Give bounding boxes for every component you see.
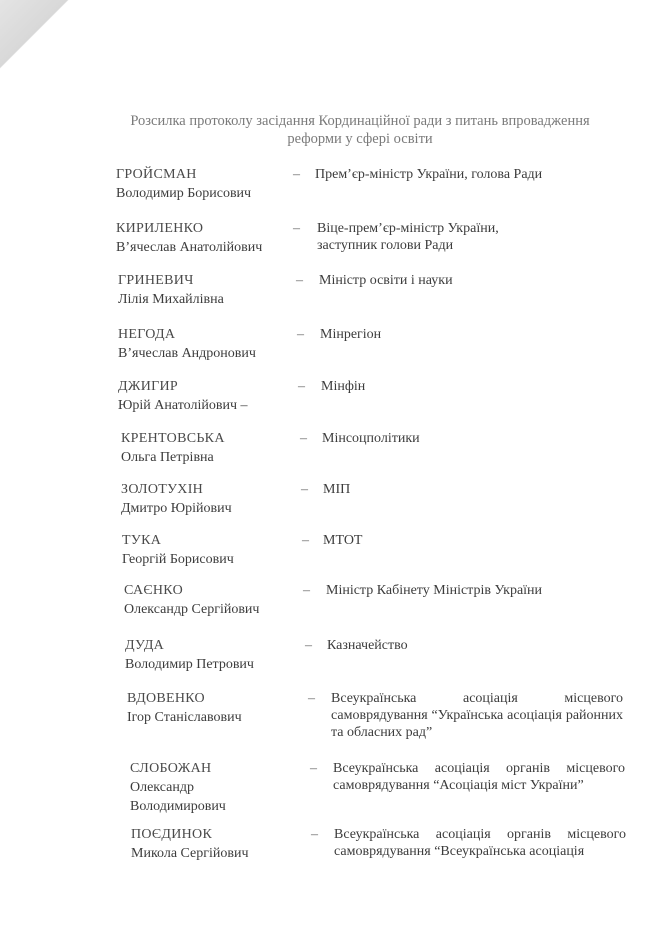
recipient-role: Всеукраїнська асоціація місцевого самовр… [331,690,623,741]
recipient-role-line-2: заступник голови Ради [317,237,617,254]
recipient-role: Віце-прем’єр-міністр України, заступник … [317,220,617,254]
recipient-role: Прем’єр-міністр України, голова Ради [315,166,615,183]
recipient-given-name: В’ячеслав Анатолійович [116,239,296,256]
document-title: Розсилка протоколу засідання Кординаційн… [110,112,610,148]
title-line-2: реформи у сфері освіти [110,130,610,148]
recipient-role: Мінфін [321,378,621,395]
recipient-role: Міністр освіти і науки [319,272,619,289]
recipient-role: МІП [323,481,623,498]
recipient-surname: СЛОБОЖАН [130,760,310,777]
recipient-given-name: Юрій Анатолійович – [118,397,298,414]
recipient-surname: ГРОЙСМАН [116,166,296,183]
recipient-surname: КРЕНТОВСЬКА [121,430,301,447]
recipient-role-line-1: Віце-прем’єр-міністр України, [317,220,617,237]
page-corner-fold [0,0,70,80]
recipient-surname: ГРИНЕВИЧ [118,272,298,289]
recipient-role: Всеукраїнська асоціація органів місцевог… [334,826,626,860]
separator-dash: – [311,826,318,843]
recipient-role: Всеукраїнська асоціація органів місцевог… [333,760,625,794]
title-line-1: Розсилка протоколу засідання Кординаційн… [110,112,610,130]
separator-dash: – [298,378,305,395]
separator-dash: – [297,326,304,343]
recipient-role: Мінсоцполітики [322,430,622,447]
recipient-given-name: Георгій Борисович [122,551,302,568]
recipient-surname: ДЖИГИР [118,378,298,395]
separator-dash: – [293,220,300,237]
separator-dash: – [293,166,300,183]
recipient-role: Міністр Кабінету Міністрів України [326,582,646,599]
recipient-given-name: Олександр Сергійович [124,601,304,618]
separator-dash: – [310,760,317,777]
recipient-given-name: В’ячеслав Андронович [118,345,298,362]
recipient-surname: САЄНКО [124,582,304,599]
recipient-given-name: Володимир Петрович [125,656,305,673]
recipient-surname: ТУКА [122,532,302,549]
separator-dash: – [301,481,308,498]
separator-dash: – [308,690,315,707]
recipient-given-name: Володимир Борисович [116,185,296,202]
recipient-given-name: Ольга Петрівна [121,449,301,466]
recipient-given-name: Дмитро Юрійович [121,500,301,517]
separator-dash: – [305,637,312,654]
recipient-given-name-line-2: Володимирович [130,798,310,815]
recipient-surname: ЗОЛОТУХІН [121,481,301,498]
recipient-surname: ПОЄДИНОК [131,826,311,843]
separator-dash: – [303,582,310,599]
recipient-role: Мінрегіон [320,326,620,343]
recipient-surname: КИРИЛЕНКО [116,220,296,237]
separator-dash: – [300,430,307,447]
recipient-surname: ДУДА [125,637,305,654]
recipient-given-name: Олександр [130,779,310,796]
recipient-surname: ВДОВЕНКО [127,690,307,707]
recipient-given-name: Микола Сергійович [131,845,311,862]
recipient-surname: НЕГОДА [118,326,298,343]
separator-dash: – [296,272,303,289]
recipient-role: МТОТ [323,532,623,549]
recipient-role: Казначейство [327,637,627,654]
separator-dash: – [302,532,309,549]
recipient-given-name: Ігор Станіславович [127,709,307,726]
recipient-given-name: Лілія Михайлівна [118,291,298,308]
